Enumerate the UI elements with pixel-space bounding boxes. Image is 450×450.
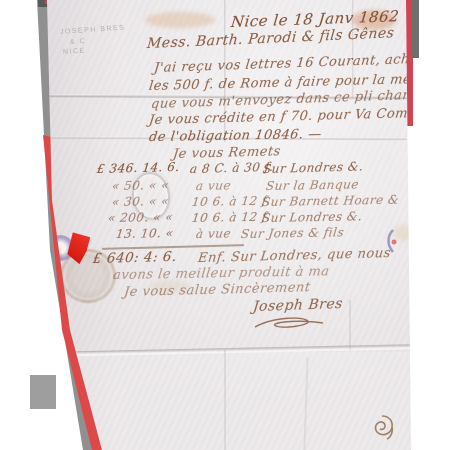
- remittance-drawee: Sur Barnett Hoare &: [261, 193, 400, 209]
- remittance-amount: « 200. « «: [107, 210, 174, 225]
- total-note: Enf. Sur Londres, que nous: [197, 246, 392, 266]
- bottom-left-shadow-block: [30, 375, 56, 409]
- spiral-pen-mark: [365, 408, 399, 442]
- remittance-drawee: Sur Jones & fils: [240, 225, 345, 241]
- ink-smudge: [145, 12, 215, 28]
- remittance-amount: £ 346. 14. 6.: [96, 160, 180, 176]
- remittance-amount: « 30. « «: [111, 194, 170, 209]
- remittance-terms: 10 6. à 12 f.: [191, 194, 271, 209]
- total-amount: £ 640: 4: 6.: [92, 249, 178, 267]
- embossed-letterhead-line: & C: [70, 38, 87, 46]
- remittance-amount: 13. 10. «: [115, 226, 174, 241]
- remittance-drawee: Sur Londres &.: [262, 159, 364, 176]
- right-dark-edge: [412, 0, 419, 58]
- body-line: de l'obligation 10846. —: [148, 127, 323, 145]
- remittance-drawee: Sur Londres &.: [261, 209, 363, 225]
- embossed-letterhead-line: JOSEPH BRES: [60, 24, 126, 36]
- signature: Joseph Bres: [252, 296, 344, 315]
- remittance-terms: à vue: [195, 226, 232, 241]
- vertical-fold-crease: [349, 300, 351, 350]
- signature-paraph-flourish: [253, 314, 331, 332]
- remittance-drawee: Sur la Banque: [265, 177, 360, 193]
- embossed-letterhead-line: NICE: [63, 47, 86, 56]
- letter-photograph: JOSEPH BRES & C NICE Nice le 18 Janv 186…: [0, 0, 450, 450]
- remittance-terms: a vue: [195, 178, 232, 193]
- lower-sheet-highlight: [47, 352, 412, 450]
- remittance-amount: « 50. « «: [111, 178, 170, 193]
- letter-paper: JOSEPH BRES & C NICE Nice le 18 Janv 186…: [0, 0, 450, 450]
- remittance-terms: 10 6. à 12 f.: [191, 210, 271, 225]
